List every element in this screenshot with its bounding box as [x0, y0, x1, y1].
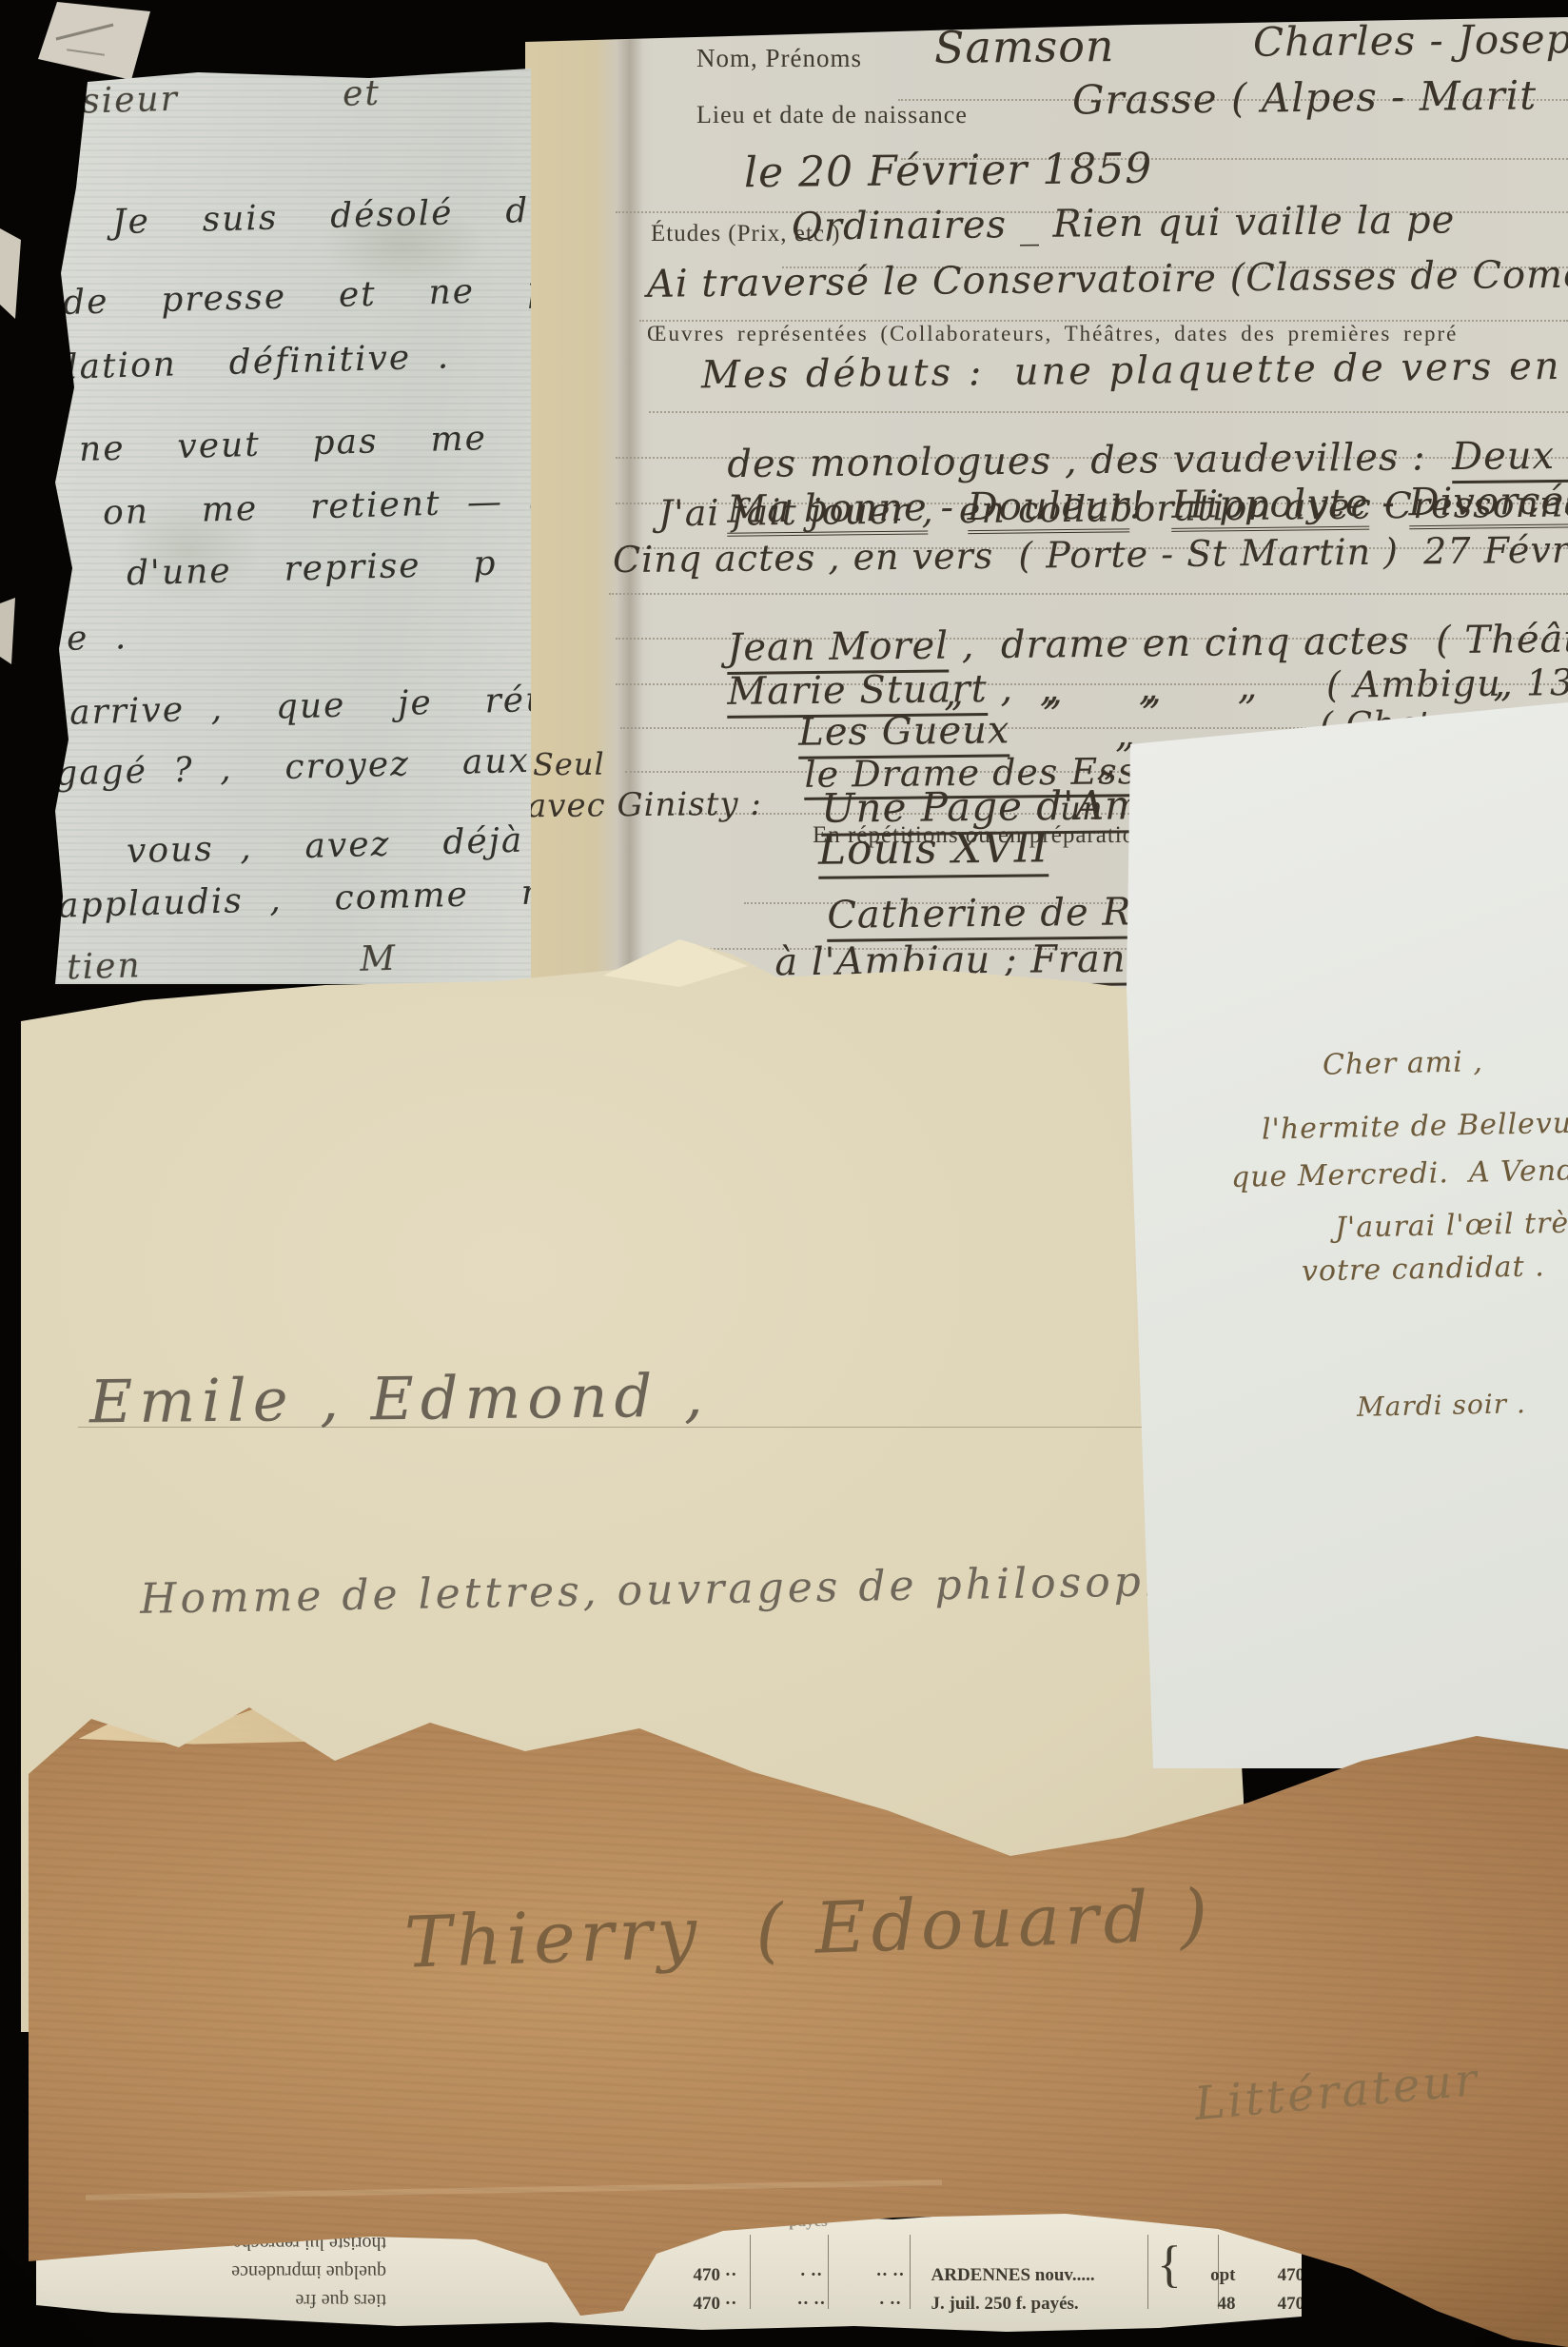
letter-line: applaudis , comme mo — [58, 872, 579, 925]
entry-date: le 20 Février 1859 — [744, 145, 1153, 197]
margin-note-seul: Seul — [533, 746, 605, 783]
card-description-line: Homme de lettres, ouvrages de philosophi… — [140, 1556, 1222, 1624]
card-name-line: Emile , Edmond , — [89, 1361, 710, 1437]
handwritten-letter: sieur et cher Directe Je suis désolé d. … — [55, 69, 531, 984]
scrap-ink-stroke — [56, 24, 114, 41]
entry-prenoms: Charles - Josep — [1253, 17, 1568, 66]
security-name: J. juil. 250 f. payés. — [931, 2294, 1175, 2315]
paper-scrap — [0, 598, 15, 664]
works-text: un — [1060, 790, 1104, 828]
fold-highlight — [86, 2179, 942, 2200]
quote-option: 48 — [1175, 2294, 1236, 2315]
form-label-lieu: Lieu et date de naissance — [696, 101, 968, 129]
form-label-oeuvres: Œuvres représentées (Collaborateurs, Thé… — [647, 322, 1458, 346]
letter-line: lation définitive . — [67, 337, 451, 386]
ditto-marks: „ — [1096, 740, 1117, 784]
note-line: l'hermite de Bellevue — [1262, 1106, 1568, 1146]
entry-etudes-1: Ordinaires _ Rien qui vaille la pe — [792, 198, 1456, 248]
quote-value: 470 ·· — [694, 2294, 774, 2315]
paper-scrap — [38, 2, 150, 89]
entry-nom: Samson — [934, 20, 1115, 73]
archive-photo: sieur et cher Directe Je suis désolé d. … — [0, 0, 1568, 2347]
newsprint-line: quelque imprudence — [91, 2258, 386, 2286]
margin-note-ginisty: avec Ginisty : — [527, 785, 762, 826]
scrap-ink-stroke — [67, 49, 105, 56]
form-label-nom: Nom, Prénoms — [696, 44, 862, 73]
quote-dots: · ·· — [850, 2294, 931, 2315]
works-line-debuts: Mes débuts : une plaquette de vers en 18… — [701, 344, 1568, 398]
note-line: votre candidat . — [1302, 1250, 1545, 1288]
letter-line: e . — [66, 618, 127, 659]
works-theatre-note: ( Ambigu 13 Fé — [1326, 661, 1568, 705]
note-date-line: Mardi soir . — [1357, 1388, 1527, 1423]
entry-etudes-2: Ai traversé le Conservatoire (Classes de… — [647, 251, 1568, 306]
entry-lieu: Grasse ( Alpes - Marit — [1072, 71, 1538, 123]
paper-scrap — [0, 228, 21, 319]
note-card-cher-ami: Cher ami , l'hermite de Bellevue que Mer… — [1121, 702, 1568, 1768]
quote-row: 470 ···· ··· ··J. juil. 250 f. payés.484… — [666, 2273, 1322, 2336]
folder-role: Littérateur — [1192, 2053, 1481, 2131]
note-line: que Mercredi. A Vendr — [1231, 1154, 1568, 1194]
quote-dots: ·· ·· — [774, 2294, 850, 2315]
note-line: Cher ami , — [1323, 1045, 1484, 1082]
note-line: J'aurai l'œil très- — [1335, 1206, 1568, 1245]
newsprint-line: tiers que fre — [91, 2286, 386, 2315]
paper-crease — [617, 17, 643, 1009]
letter-line: de presse et ne puis — [63, 268, 608, 323]
dotted-rule — [639, 320, 1568, 322]
folder-name: Thierry ( Edouard ) — [403, 1874, 1214, 1984]
quote-value: 470 ·· — [1236, 2294, 1322, 2315]
brace-glyph: { — [1157, 2235, 1182, 2294]
